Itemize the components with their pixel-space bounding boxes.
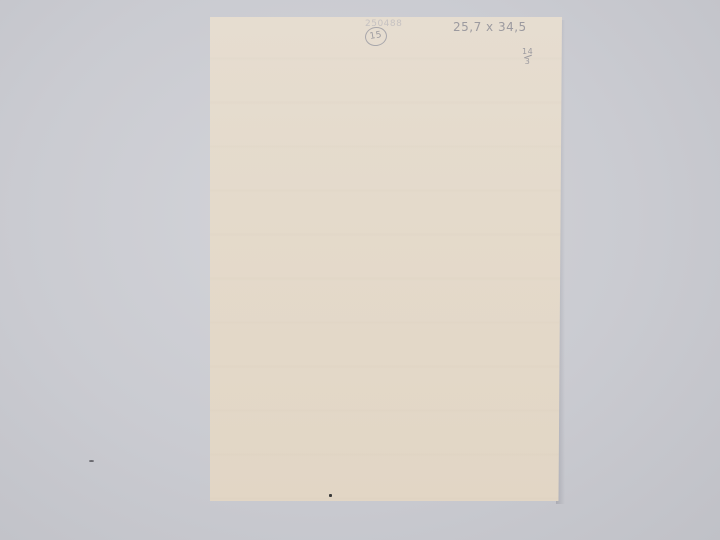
dimensions-note: 25,7 x 34,5 (453, 20, 527, 34)
paper-speck (329, 494, 332, 497)
paper-sheet: 250488 15 25,7 x 34,5 14 3 (210, 17, 562, 501)
fraction-bottom: 3 (525, 57, 531, 66)
fraction-note: 14 3 (522, 47, 533, 66)
background-speck (89, 460, 94, 462)
